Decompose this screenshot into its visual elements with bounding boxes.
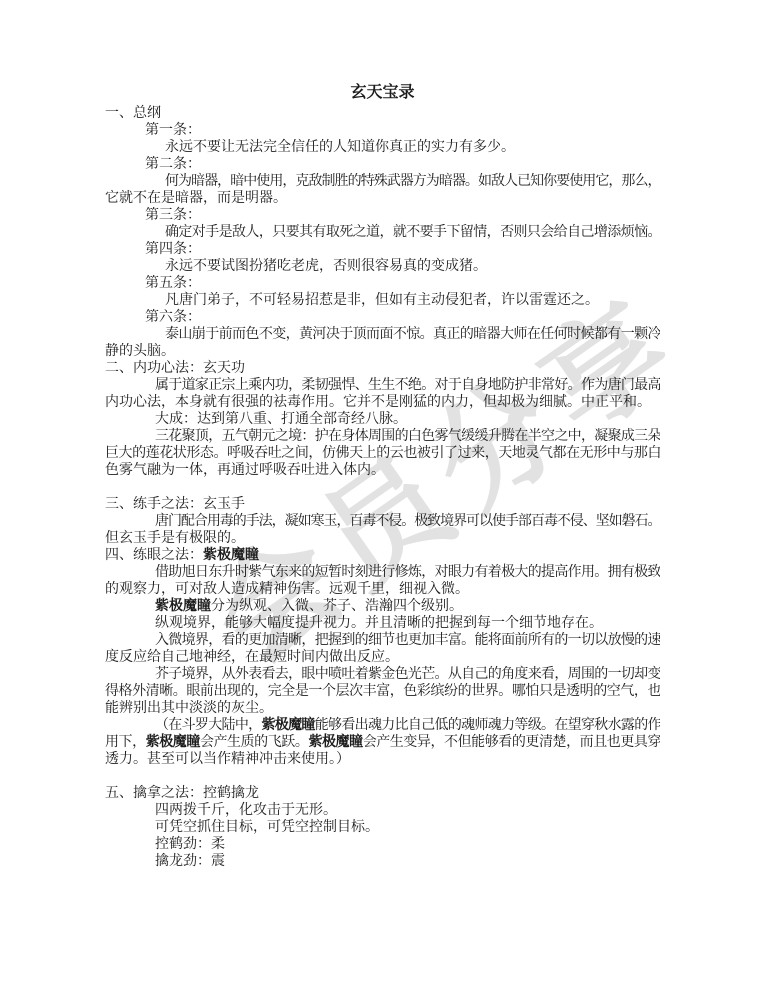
text-line: （在斗罗大陆中，紫极魔瞳能够看出魂力比自己低的魂师魂力等级。在望穿秋水露的作 [105, 716, 660, 733]
text-line: 永远不要试图扮猪吃老虎，否则很容易真的变成猪。 [105, 257, 660, 274]
text-line: 能辨别出其中淡淡的灰尘。 [105, 699, 660, 716]
text-line: 纵观境界，能够大幅度提升视力。并且清晰的把握到每一个细节地存在。 [105, 614, 660, 631]
blank-line [105, 478, 660, 495]
text-line: 凡唐门弟子，不可轻易招惹是非，但如有主动侵犯者，许以雷霆还之。 [105, 291, 660, 308]
text-line: 确定对手是敌人，只要其有取死之道，就不要手下留情，否则只会给自己增添烦恼。 [105, 223, 660, 240]
text-line: 静的头脑。 [105, 342, 660, 359]
text-line: 一、总纲 [105, 104, 660, 121]
text-line: 度反应给自己地神经，在最短时间内做出反应。 [105, 648, 660, 665]
text-line: 何为暗器，暗中使用，克敌制胜的特殊武器方为暗器。如敌人已知你要使用它，那么， [105, 172, 660, 189]
text-line: 第二条： [105, 155, 660, 172]
text-line: 色雾气融为一体，再通过呼吸吞吐进入体内。 [105, 461, 660, 478]
text-line: 擒龙劲：震 [105, 852, 660, 869]
text-line: 第三条： [105, 206, 660, 223]
text-line: 巨大的莲花状形态。呼吸吞吐之间，仿佛天上的云也被引了过来，天地灵气都在无形中与那… [105, 444, 660, 461]
text-line: 透力。甚至可以当作精神冲击来使用。） [105, 750, 660, 767]
text-line: 芥子境界，从外表看去，眼中喷吐着紫金色光芒。从自己的角度来看，周围的一切却变 [105, 665, 660, 682]
text-line: 但玄玉手是有极限的。 [105, 529, 660, 546]
document-content: 玄天宝录 一、总纲第一条：永远不要让无法完全信任的人知道你真正的实力有多少。第二… [0, 0, 762, 869]
text-line: 第五条： [105, 274, 660, 291]
text-line: 第四条： [105, 240, 660, 257]
text-line: 内功心法，本身就有很强的祛毒作用。它并不是刚猛的内力，但却极为细腻。中正平和。 [105, 393, 660, 410]
text-line: 的观察力，可对敌人造成精神伤害。远观千里，细视入微。 [105, 580, 660, 597]
text-line: 唐门配合用毒的手法，凝如寒玉，百毒不侵。极致境界可以使手部百毒不侵、坚如磐石。 [105, 512, 660, 529]
text-line: 得格外清晰。眼前出现的，完全是一个层次丰富，色彩缤纷的世界。哪怕只是透明的空气，… [105, 682, 660, 699]
text-line: 永远不要让无法完全信任的人知道你真正的实力有多少。 [105, 138, 660, 155]
text-line: 紫极魔瞳分为纵观、入微、芥子、浩瀚四个级别。 [105, 597, 660, 614]
text-line: 三花聚顶，五气朝元之境：护在身体周围的白色雾气缓缓升腾在半空之中，凝聚成三朵 [105, 427, 660, 444]
text-line: 二、内功心法：玄天功 [105, 359, 660, 376]
page-title: 玄天宝录 [105, 84, 660, 101]
text-line: 泰山崩于前而色不变，黄河决于顶而面不惊。真正的暗器大师在任何时候都有一颗冷 [105, 325, 660, 342]
text-line: 可凭空抓住目标，可凭空控制目标。 [105, 818, 660, 835]
blank-line [105, 767, 660, 784]
text-line: 入微境界，看的更加清晰，把握到的细节也更加丰富。能将面前所有的一切以放慢的速 [105, 631, 660, 648]
text-line: 五、擒拿之法：控鹤擒龙 [105, 784, 660, 801]
text-line: 四、练眼之法：紫极魔瞳 [105, 546, 660, 563]
text-line: 第六条： [105, 308, 660, 325]
text-line: 大成：达到第八重、打通全部奇经八脉。 [105, 410, 660, 427]
text-line: 用下，紫极魔瞳会产生质的飞跃。紫极魔瞳会产生变异，不但能够看的更清楚，而且也更具… [105, 733, 660, 750]
text-line: 三、练手之法：玄玉手 [105, 495, 660, 512]
text-line: 借助旭日东升时紫气东来的短暂时刻进行修炼，对眼力有着极大的提高作用。拥有极致 [105, 563, 660, 580]
text-line: 控鹤劲：柔 [105, 835, 660, 852]
text-line: 四两拨千斤，化攻击于无形。 [105, 801, 660, 818]
text-line: 它就不在是暗器，而是明器。 [105, 189, 660, 206]
text-line: 第一条： [105, 121, 660, 138]
document-body: 一、总纲第一条：永远不要让无法完全信任的人知道你真正的实力有多少。第二条：何为暗… [105, 104, 660, 869]
document-page: 会员分享 玄天宝录 一、总纲第一条：永远不要让无法完全信任的人知道你真正的实力有… [0, 0, 762, 986]
text-line: 属于道家正宗上乘内功，柔韧强悍、生生不绝。对于自身地防护非常好。作为唐门最高 [105, 376, 660, 393]
